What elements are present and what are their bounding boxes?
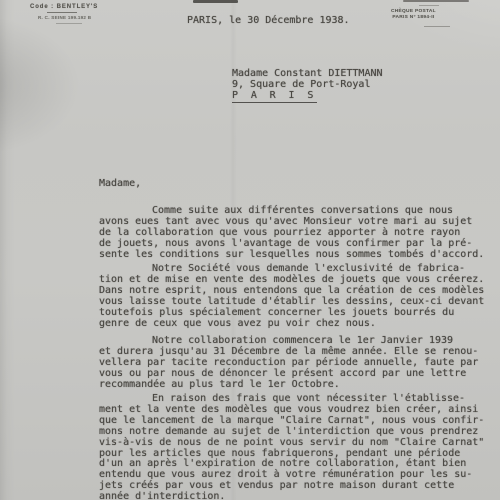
recipient-name: Madame Constant DIETTMANN: [232, 68, 383, 79]
text-line: recommandée au plus tard le 1er Octobre.: [99, 380, 493, 391]
text-line: sente les conditions sur lesquelles nous…: [99, 250, 493, 261]
letter-page: Code : BENTLEY'S R. C. SEINE 199.192 B P…: [0, 0, 500, 500]
text-line: vous laisse toute latitude d'établir les…: [99, 297, 493, 308]
letterhead-code-label: Code : BENTLEY'S: [30, 4, 98, 10]
letterhead-registration: R. C. SEINE 199.192 B: [38, 15, 91, 21]
text-line: vis-à-vis de nous de ne point vous servi…: [99, 438, 493, 449]
code-underline: [47, 12, 77, 13]
salutation: Madame,: [99, 178, 141, 189]
text-line: mons notre demande au sujet de l'interdi…: [99, 427, 493, 438]
scan-artifact-underline: [419, 5, 439, 6]
dateline: PARIS, le 30 Décembre 1938.: [187, 15, 350, 26]
recipient-city: P A R I S: [232, 90, 317, 103]
registration-underline: [56, 23, 82, 24]
text-line: année d'interdiction.: [99, 492, 493, 500]
paragraph-3: Notre collaboration commencera le 1er Ja…: [99, 336, 493, 391]
scan-artifact-top-right: [403, 0, 469, 2]
text-line: toutefois plus spécialement concerner le…: [99, 308, 493, 319]
text-line: genre de ceux que vous avez pu voir chez…: [99, 319, 493, 330]
paragraph-4: En raison des frais que vont nécessiter …: [99, 394, 493, 500]
cheque-postal-block: CHÈQUE POSTAL PARIS N° 1894-II: [391, 9, 436, 22]
text-line: vous ou par nous de dénoncer le présent …: [99, 369, 493, 380]
scan-artifact-top-center: [193, 0, 238, 3]
recipient-street: 9, Square de Port-Royal: [232, 79, 383, 90]
recipient-address: Madame Constant DIETTMANN 9, Square de P…: [232, 68, 383, 103]
paragraph-2: Notre Société vous demande l'exclusivité…: [99, 264, 493, 329]
cheque-postal-underline: [424, 26, 450, 27]
cheque-postal-number: PARIS N° 1894-II: [391, 15, 436, 21]
paragraph-1: Comme suite aux différentes conversation…: [99, 206, 493, 261]
text-line: de jouets, nous avons l'avantage de vous…: [99, 239, 493, 250]
